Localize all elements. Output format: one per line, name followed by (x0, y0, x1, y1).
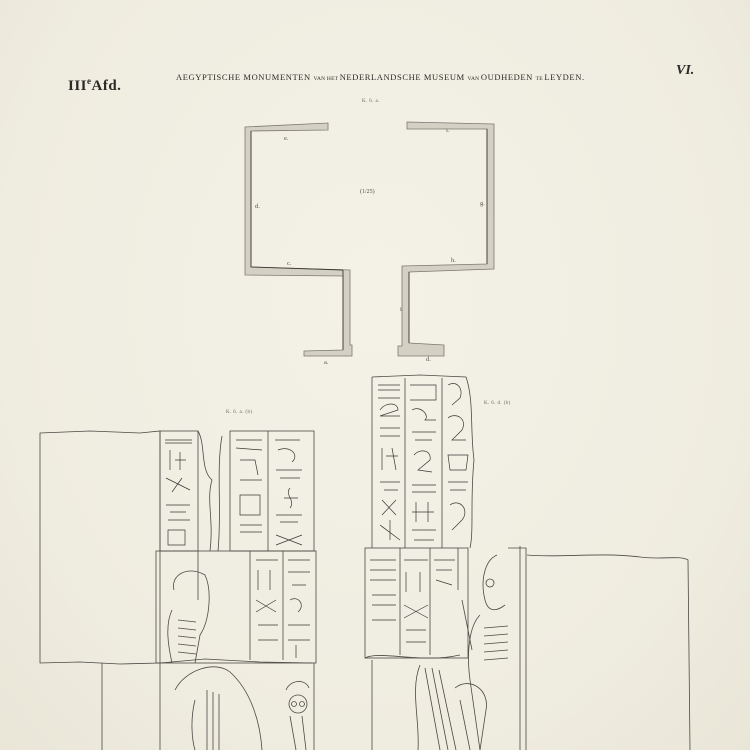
plate-drawing (0, 0, 750, 750)
left-relief (40, 431, 316, 750)
floor-plan (245, 122, 494, 356)
left-hieroglyphs (165, 440, 310, 658)
plate-page: IIIeAfd. AEGYPTISCHE MONUMENTEN VAN HET … (0, 0, 750, 750)
right-hieroglyphs (370, 383, 468, 642)
right-relief (365, 375, 690, 750)
